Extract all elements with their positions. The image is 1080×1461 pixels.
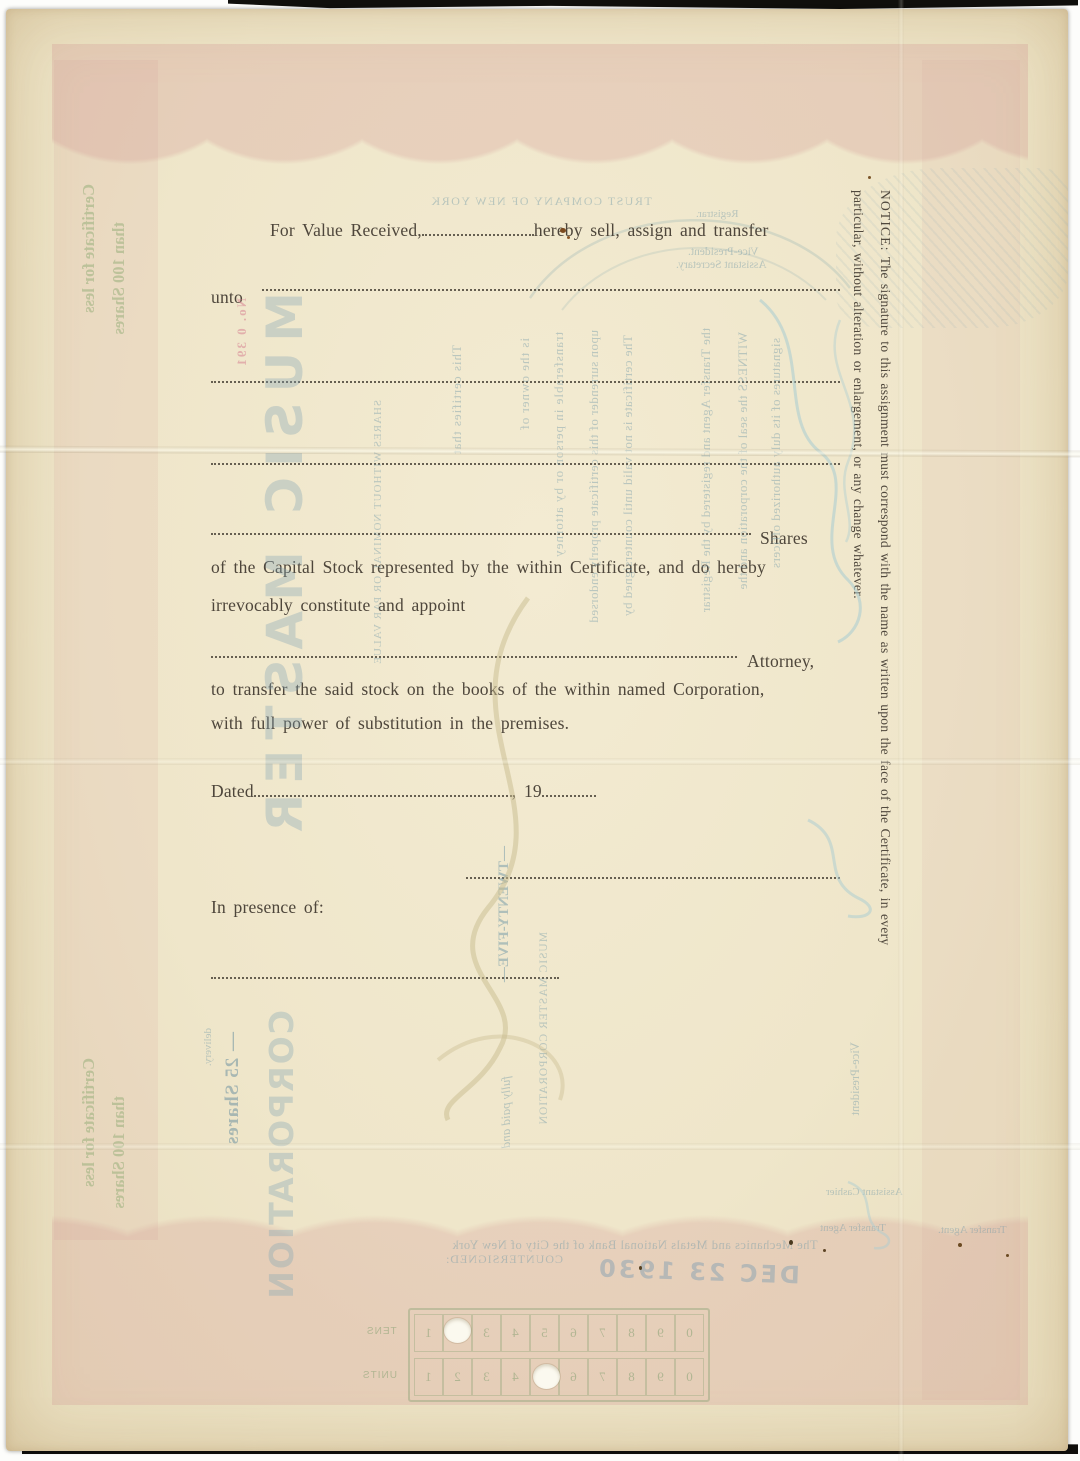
signature-line bbox=[466, 877, 840, 879]
year-prefix: , 19 bbox=[512, 781, 542, 802]
value-received-line: For Value Received,hereby sell, assign a… bbox=[270, 220, 842, 241]
blank-line-2 bbox=[211, 381, 840, 383]
grid-cell: 9 bbox=[646, 1358, 675, 1396]
foxing-spot bbox=[639, 1266, 642, 1270]
notice-heading: NOTICE: bbox=[878, 190, 893, 252]
value-received-label: For Value Received, bbox=[270, 220, 422, 241]
grid-cell: 2 bbox=[443, 1358, 472, 1396]
foxing-spot bbox=[560, 228, 566, 233]
grid-cell: 1 bbox=[414, 1358, 443, 1396]
presence-label: In presence of: bbox=[211, 897, 324, 918]
notice-body: The signature to this assignment must co… bbox=[851, 190, 893, 945]
grid-cell: 4 bbox=[501, 1314, 530, 1352]
notice-sidebar: NOTICE: The signature to this assignment… bbox=[839, 190, 899, 1008]
grid-cell: 3 bbox=[472, 1358, 501, 1396]
grid-cell: 6 bbox=[559, 1358, 588, 1396]
grid-cell: 5 bbox=[530, 1314, 559, 1352]
foxing-spot bbox=[868, 176, 871, 179]
attorney-suffix: Attorney, bbox=[747, 651, 814, 672]
dated-line: Dated, 19 bbox=[211, 781, 596, 802]
punch-hole-units-5 bbox=[533, 1364, 560, 1389]
grid-cell: 8 bbox=[617, 1358, 646, 1396]
foxing-spot bbox=[1006, 1254, 1009, 1257]
foxing-spot bbox=[823, 1249, 826, 1252]
dated-label: Dated bbox=[211, 781, 254, 802]
grid-row-label-tens: TENS bbox=[366, 1326, 397, 1337]
assignee-name-line bbox=[262, 289, 840, 291]
attorney-name-line bbox=[211, 656, 737, 658]
grid-cell: 6 bbox=[559, 1314, 588, 1352]
fill-blank bbox=[422, 220, 534, 236]
grid-cell: 9 bbox=[646, 1314, 675, 1352]
dated-blank bbox=[254, 781, 512, 797]
grid-row-label-units: UNITS bbox=[362, 1370, 397, 1381]
foxing-spot bbox=[789, 1240, 793, 1245]
appoint-line: irrevocably constitute and appoint bbox=[211, 595, 465, 616]
grid-cell: 8 bbox=[617, 1314, 646, 1352]
blank-line-3 bbox=[211, 463, 840, 465]
punch-hole-tens-2 bbox=[444, 1318, 471, 1343]
foxing-spot bbox=[567, 236, 570, 239]
grid-cell: 1 bbox=[414, 1314, 443, 1352]
capital-stock-line: of the Capital Stock represented by the … bbox=[211, 557, 766, 578]
grid-cell: 7 bbox=[588, 1314, 617, 1352]
shares-suffix: Shares bbox=[760, 528, 808, 549]
foxing-spot bbox=[958, 1243, 962, 1247]
year-blank bbox=[542, 781, 596, 797]
grid-cell: 7 bbox=[588, 1358, 617, 1396]
transfer-line: to transfer the said stock on the books … bbox=[211, 679, 764, 700]
shares-count-line bbox=[211, 533, 751, 535]
substitution-line: with full power of substitution in the p… bbox=[211, 713, 569, 734]
scan-edge-top bbox=[228, 0, 1078, 9]
grid-cell: 3 bbox=[472, 1314, 501, 1352]
witness-line bbox=[211, 977, 559, 979]
grid-cell: 0 bbox=[675, 1358, 704, 1396]
unto-label: unto bbox=[211, 287, 243, 308]
scanned-certificate-back: For Value Received,hereby sell, assign a… bbox=[0, 0, 1080, 1461]
grid-cell: 0 bbox=[675, 1314, 704, 1352]
grid-cell: 4 bbox=[501, 1358, 530, 1396]
